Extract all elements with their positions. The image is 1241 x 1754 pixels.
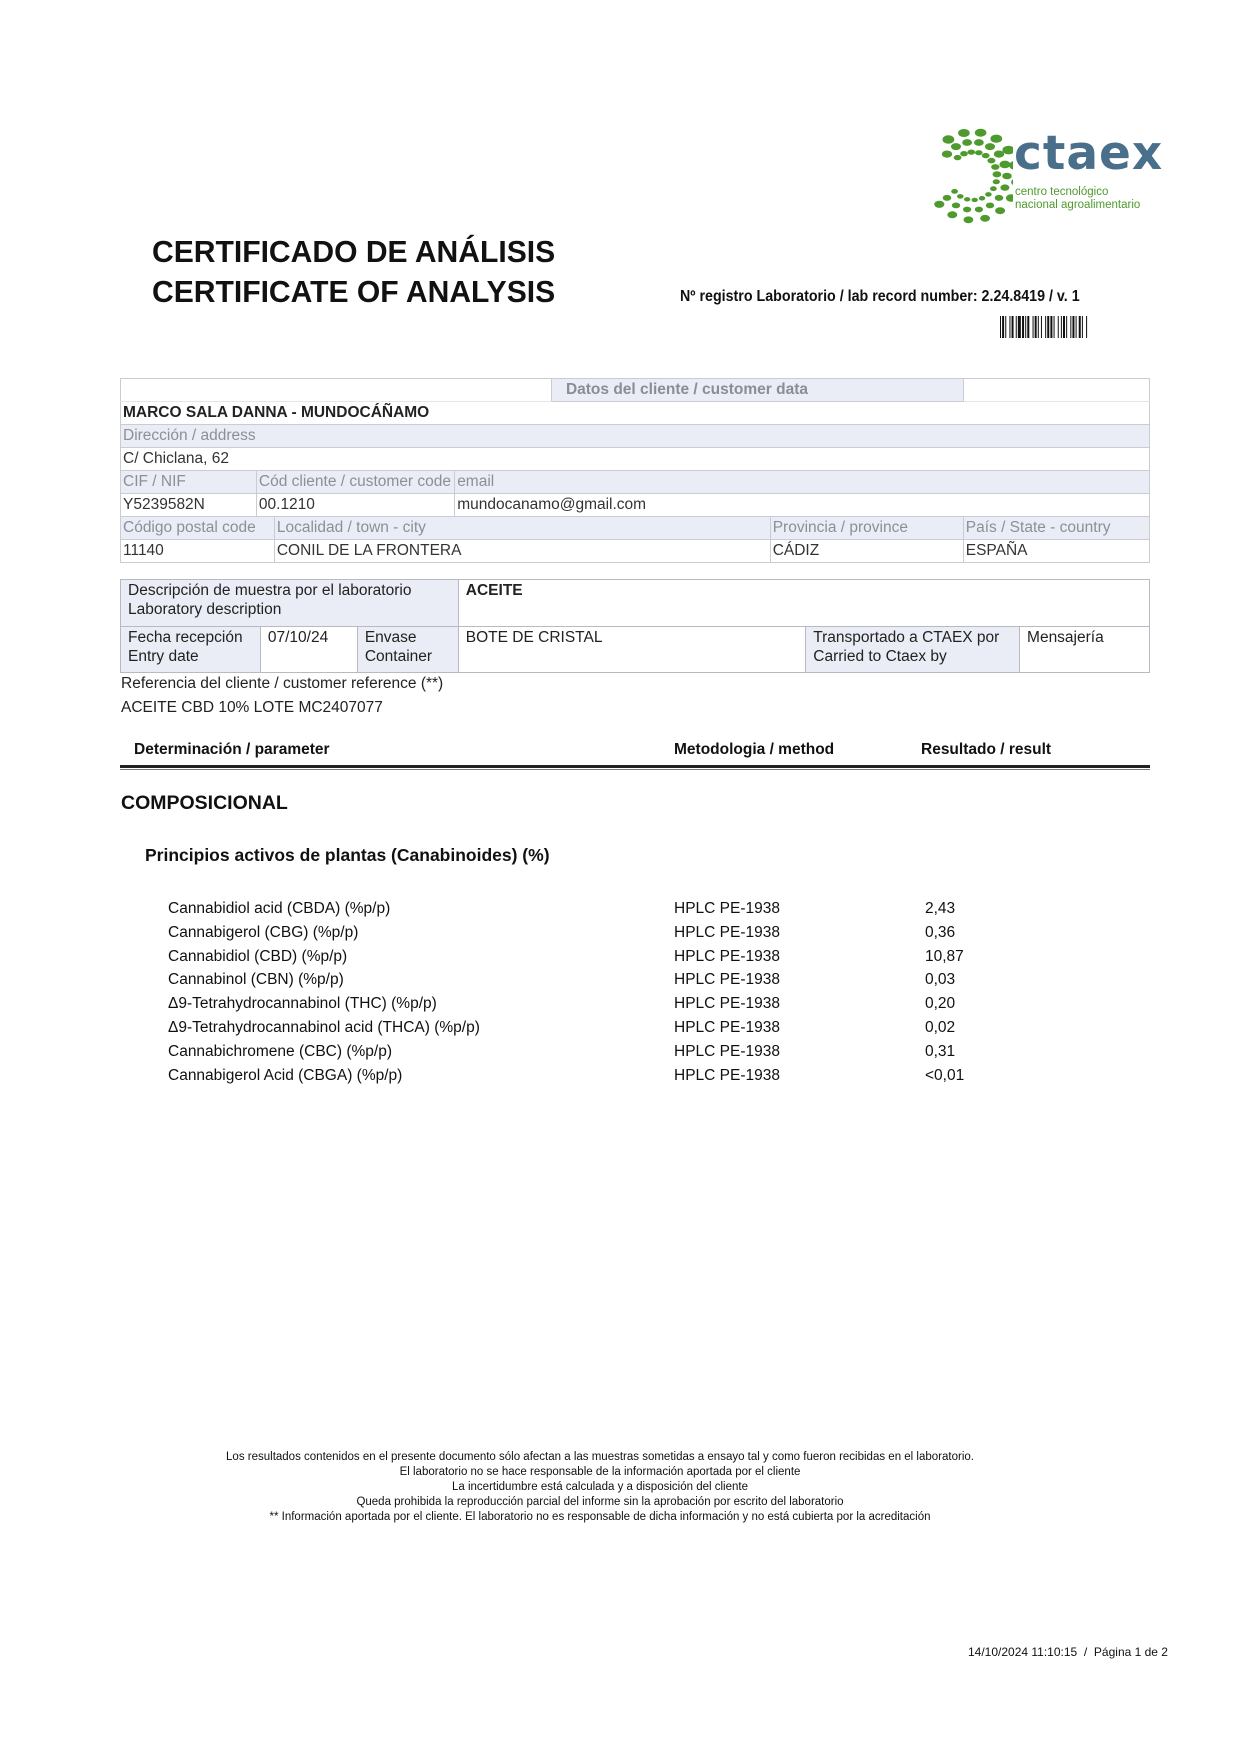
lab-record-number: Nº registro Laboratorio / lab record num… — [680, 288, 1080, 306]
record-label: Nº registro Laboratorio / lab record num… — [680, 288, 978, 305]
carrier-label-es: Transportado a CTAEX por — [813, 628, 1012, 647]
email-label: email — [455, 471, 1150, 494]
result-value: 0,20 — [925, 995, 955, 1013]
result-parameter: Cannabichromene (CBC) (%p/p) — [168, 1043, 392, 1061]
result-row: Δ9-Tetrahydrocannabinol (THC) (%p/p)HPLC… — [168, 995, 1068, 1019]
customer-reference-value: ACEITE CBD 10% LOTE MC2407077 — [121, 699, 383, 717]
footer-separator: / — [1081, 1645, 1091, 1659]
result-row: Cannabichromene (CBC) (%p/p)HPLC PE-1938… — [168, 1043, 1068, 1067]
subsection-title: Principios activos de plantas (Canabinoi… — [145, 845, 550, 866]
disclaimer-line: ** Información aportada por el cliente. … — [100, 1510, 1100, 1525]
postal-code-label: Código postal code — [121, 517, 275, 540]
ctaex-dotted-c-icon — [918, 128, 1013, 228]
result-row: Cannabinol (CBN) (%p/p)HPLC PE-19380,03 — [168, 971, 1068, 995]
result-parameter: Cannabigerol Acid (CBGA) (%p/p) — [168, 1067, 402, 1085]
disclaimer: Los resultados contenidos en el presente… — [100, 1450, 1100, 1525]
city-label: Localidad / town - city — [274, 517, 770, 540]
disclaimer-line: Queda prohibida la reproducción parcial … — [100, 1495, 1100, 1510]
result-value: 2,43 — [925, 900, 955, 918]
record-number: 2.24.8419 — [982, 288, 1045, 305]
header-divider — [120, 765, 1150, 768]
entry-date-label: Fecha recepción Entry date — [121, 627, 261, 673]
lab-description-label-es: Descripción de muestra por el laboratori… — [128, 581, 451, 600]
result-row: Cannabigerol (CBG) (%p/p)HPLC PE-19380,3… — [168, 924, 1068, 948]
entry-date-label-es: Fecha recepción — [128, 628, 253, 647]
result-value: 0,31 — [925, 1043, 955, 1061]
result-row: Cannabigerol Acid (CBGA) (%p/p)HPLC PE-1… — [168, 1067, 1068, 1091]
customer-code-value: 00.1210 — [256, 494, 454, 517]
province-value: CÁDIZ — [770, 540, 963, 563]
logo-subtitle-line2: nacional agroalimentario — [1015, 199, 1140, 212]
result-parameter: Cannabidiol (CBD) (%p/p) — [168, 948, 347, 966]
entry-date-value: 07/10/24 — [260, 627, 357, 673]
result-parameter: Cannabidiol acid (CBDA) (%p/p) — [168, 900, 390, 918]
result-method: HPLC PE-1938 — [674, 971, 780, 989]
footer-meta: 14/10/2024 11:10:15 / Página 1 de 2 — [968, 1645, 1168, 1659]
logo-subtitle-line1: centro tecnológico — [1015, 186, 1108, 199]
result-method: HPLC PE-1938 — [674, 1043, 780, 1061]
column-header-parameter: Determinación / parameter — [134, 741, 330, 759]
result-method: HPLC PE-1938 — [674, 1019, 780, 1037]
entry-date-label-en: Entry date — [128, 647, 253, 666]
disclaimer-line: El laboratorio no se hace responsable de… — [100, 1465, 1100, 1480]
result-method: HPLC PE-1938 — [674, 995, 780, 1013]
result-parameter: Δ9-Tetrahydrocannabinol acid (THCA) (%p/… — [168, 1019, 480, 1037]
barcode-icon — [1000, 316, 1156, 338]
address-value: C/ Chiclana, 62 — [121, 448, 1150, 471]
email-value: mundocanamo@gmail.com — [455, 494, 1150, 517]
customer-code-label: Cód cliente / customer code — [256, 471, 454, 494]
city-value: CONIL DE LA FRONTERA — [274, 540, 770, 563]
lab-description-label-en: Laboratory description — [128, 600, 451, 619]
result-value: 0,36 — [925, 924, 955, 942]
result-row: Cannabidiol (CBD) (%p/p)HPLC PE-193810,8… — [168, 948, 1068, 972]
result-row: Cannabidiol acid (CBDA) (%p/p)HPLC PE-19… — [168, 900, 1068, 924]
country-label: País / State - country — [963, 517, 1149, 540]
page-number: Página 1 de 2 — [1094, 1645, 1168, 1659]
result-row: Δ9-Tetrahydrocannabinol acid (THCA) (%p/… — [168, 1019, 1068, 1043]
result-value: 0,02 — [925, 1019, 955, 1037]
column-header-method: Metodologia / method — [674, 741, 834, 759]
record-version: / v. 1 — [1049, 288, 1080, 305]
result-parameter: Δ9-Tetrahydrocannabinol (THC) (%p/p) — [168, 995, 437, 1013]
column-header-result: Resultado / result — [921, 741, 1051, 759]
container-value: BOTE DE CRISTAL — [458, 627, 805, 673]
result-method: HPLC PE-1938 — [674, 924, 780, 942]
cif-label: CIF / NIF — [121, 471, 257, 494]
result-value: 0,03 — [925, 971, 955, 989]
postal-code-value: 11140 — [121, 540, 275, 563]
customer-data-table: Datos del cliente / customer data MARCO … — [120, 378, 1150, 563]
address-label: Dirección / address — [121, 425, 1150, 448]
section-title: COMPOSICIONAL — [121, 792, 288, 815]
disclaimer-line: La incertidumbre está calculada y a disp… — [100, 1480, 1100, 1495]
lab-description-value: ACEITE — [458, 580, 1149, 627]
carrier-value: Mensajería — [1020, 627, 1150, 673]
result-parameter: Cannabigerol (CBG) (%p/p) — [168, 924, 358, 942]
result-value: 10,87 — [925, 948, 964, 966]
header-divider-thin — [120, 769, 1150, 770]
container-label-es: Envase — [365, 628, 451, 647]
carrier-label: Transportado a CTAEX por Carried to Ctae… — [806, 627, 1020, 673]
sample-info-table: Descripción de muestra por el laboratori… — [120, 579, 1150, 673]
province-label: Provincia / province — [770, 517, 963, 540]
disclaimer-line: Los resultados contenidos en el presente… — [100, 1450, 1100, 1465]
result-method: HPLC PE-1938 — [674, 900, 780, 918]
print-timestamp: 14/10/2024 11:10:15 — [968, 1645, 1077, 1659]
title-spanish: CERTIFICADO DE ANÁLISIS — [152, 236, 555, 267]
ctaex-logo: ctaex centro tecnológico nacional agroal… — [918, 128, 1158, 228]
customer-name: MARCO SALA DANNA - MUNDOCÁÑAMO — [121, 402, 1150, 425]
cif-value: Y5239582N — [121, 494, 257, 517]
carrier-label-en: Carried to Ctaex by — [813, 647, 1012, 666]
results-list: Cannabidiol acid (CBDA) (%p/p)HPLC PE-19… — [168, 900, 1068, 1090]
result-method: HPLC PE-1938 — [674, 948, 780, 966]
customer-data-heading: Datos del cliente / customer data — [551, 379, 963, 402]
customer-reference-label: Referencia del cliente / customer refere… — [121, 675, 443, 693]
lab-description-label: Descripción de muestra por el laboratori… — [121, 580, 459, 627]
logo-brand-text: ctaex — [1014, 130, 1163, 177]
container-label-en: Container — [365, 647, 451, 666]
title-english: CERTIFICATE OF ANALYSIS — [152, 276, 555, 307]
result-value: <0,01 — [925, 1067, 964, 1085]
result-method: HPLC PE-1938 — [674, 1067, 780, 1085]
result-parameter: Cannabinol (CBN) (%p/p) — [168, 971, 344, 989]
container-label: Envase Container — [357, 627, 458, 673]
country-value: ESPAÑA — [963, 540, 1149, 563]
